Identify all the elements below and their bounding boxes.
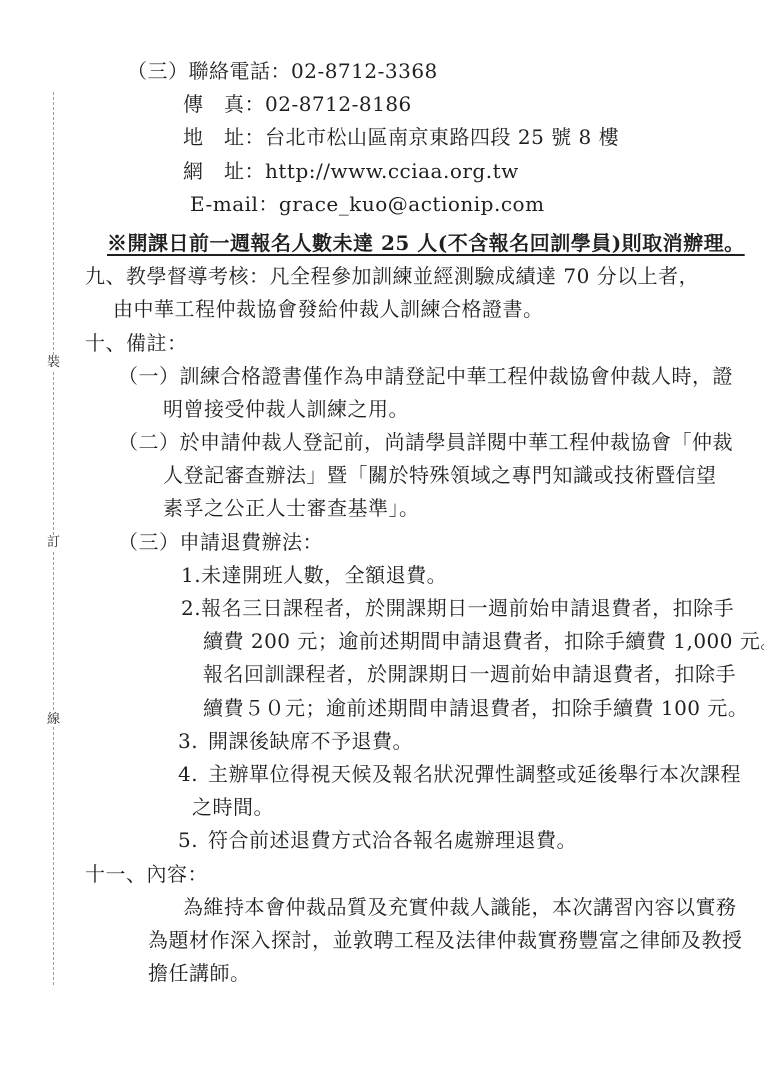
- note-item-1: （一）訓練合格證書僅作為申請登記中華工程仲裁協會仲裁人時，證: [0, 360, 764, 393]
- email-label: E-mail：: [190, 192, 279, 216]
- section-11-heading: 十一、內容：: [0, 858, 764, 891]
- phone-label: 聯絡電話：: [189, 59, 292, 83]
- section-9-heading: 九、教學督導考核：凡全程參加訓練並經測驗成績達 70 分以上者，: [0, 260, 764, 293]
- note-item-2: （二）於申請仲裁人登記前，尚請學員詳閱中華工程仲裁協會「仲裁: [0, 426, 764, 459]
- fax-label: 傳 真：: [183, 92, 265, 116]
- note-item-2-line-3: 素孚之公正人士審查基準」。: [0, 492, 764, 525]
- refund-rule-3-text: 開課後缺席不予退費。: [208, 729, 413, 753]
- refund-rule-1: 1.未達開班人數，全額退費。: [0, 559, 764, 592]
- refund-rule-2-line-3: 報名回訓課程者，於開課期日一週前始申請退費者，扣除手: [0, 658, 764, 691]
- refund-rule-4-number: 4.: [178, 758, 208, 791]
- phone-value: 02-8712-3368: [291, 59, 438, 83]
- website-value: http://www.cciaa.org.tw: [265, 159, 519, 183]
- contact-phone-row: （三）聯絡電話：02-8712-3368: [0, 55, 764, 88]
- website-label: 網 址：: [183, 159, 265, 183]
- refund-rule-1-text: 未達開班人數，全額退費。: [201, 563, 447, 587]
- refund-rule-2-line-4: 續費５０元；逾前述期間申請退費者，扣除手續費 100 元。: [0, 692, 764, 725]
- section-10-heading: 十、備註：: [0, 327, 764, 360]
- refund-rule-4: 4.主辦單位得視天候及報名狀況彈性調整或延後舉行本次課程: [0, 758, 764, 791]
- note-item-1-marker: （一）: [118, 364, 180, 388]
- email-value: grace_kuo@actionip.com: [279, 192, 545, 216]
- contact-email-row: E-mail：grace_kuo@actionip.com: [0, 188, 764, 221]
- section-9-marker: 九、: [85, 264, 126, 288]
- address-value: 台北市松山區南京東路四段 25 號 8 樓: [265, 125, 619, 149]
- note-item-3: （三）申請退費辦法：: [0, 526, 764, 559]
- section-11-line-3: 擔任講師。: [0, 957, 764, 990]
- address-label: 地 址：: [183, 125, 265, 149]
- note-item-1-line-1: 訓練合格證書僅作為申請登記中華工程仲裁協會仲裁人時，證: [180, 364, 734, 388]
- section-10-marker: 十、: [85, 331, 126, 355]
- refund-rule-5-text: 符合前述退費方式洽各報名處辦理退費。: [208, 828, 577, 852]
- document-page: { "binding": { "top": "裝", "middle": "訂"…: [0, 0, 764, 1080]
- note-item-3-marker: （三）: [118, 530, 180, 554]
- section-11-line-2: 為題材作深入探討，並敦聘工程及法律仲裁實務豐富之律師及教授: [0, 924, 764, 957]
- refund-rule-4-line-1: 主辦單位得視天候及報名狀況彈性調整或延後舉行本次課程: [208, 762, 741, 786]
- refund-rule-5-number: 5.: [178, 824, 208, 857]
- cancellation-notice: ※開課日前一週報名人數未達 25 人(不含報名回訓學員)則取消辦理。: [0, 227, 764, 260]
- note-item-2-line-2: 人登記審查辦法」暨「關於特殊領域之專門知識或技術暨信望: [0, 459, 764, 492]
- section-9-line-1: 教學督導考核：凡全程參加訓練並經測驗成績達 70 分以上者，: [126, 264, 699, 288]
- refund-rule-2-line-2: 續費 200 元；逾前述期間申請退費者，扣除手續費 1,000 元。: [0, 625, 764, 658]
- refund-rule-4-line-2: 之時間。: [0, 791, 764, 824]
- section-10-title: 備註：: [126, 331, 188, 355]
- note-item-3-title: 申請退費辦法：: [180, 530, 324, 554]
- section-11-line-1: 為維持本會仲裁品質及充實仲裁人識能，本次講習內容以實務: [0, 891, 764, 924]
- contact-website-row: 網 址：http://www.cciaa.org.tw: [0, 155, 764, 188]
- document-body: （三）聯絡電話：02-8712-3368 傳 真：02-8712-8186 地 …: [0, 55, 764, 990]
- note-item-2-line-1: 於申請仲裁人登記前，尚請學員詳閱中華工程仲裁協會「仲裁: [180, 430, 734, 454]
- section-11-title: 內容：: [147, 862, 209, 886]
- refund-rule-2-line-1: 報名三日課程者，於開課期日一週前始申請退費者，扣除手: [201, 596, 734, 620]
- contact-marker: （三）: [127, 59, 189, 83]
- refund-rule-2: 2.報名三日課程者，於開課期日一週前始申請退費者，扣除手: [0, 592, 764, 625]
- contact-fax-row: 傳 真：02-8712-8186: [0, 88, 764, 121]
- refund-rule-3-number: 3.: [178, 725, 208, 758]
- contact-address-row: 地 址：台北市松山區南京東路四段 25 號 8 樓: [0, 121, 764, 154]
- note-item-1-line-2: 明曾接受仲裁人訓練之用。: [0, 393, 764, 426]
- section-11-marker: 十一、: [85, 862, 147, 886]
- refund-rule-1-number: 1.: [181, 559, 201, 592]
- refund-rule-3: 3.開課後缺席不予退費。: [0, 725, 764, 758]
- note-item-2-marker: （二）: [118, 430, 180, 454]
- fax-value: 02-8712-8186: [265, 92, 412, 116]
- refund-rule-5: 5.符合前述退費方式洽各報名處辦理退費。: [0, 824, 764, 857]
- refund-rule-2-number: 2.: [181, 592, 201, 625]
- section-9-line-2: 由中華工程仲裁協會發給仲裁人訓練合格證書。: [0, 293, 764, 326]
